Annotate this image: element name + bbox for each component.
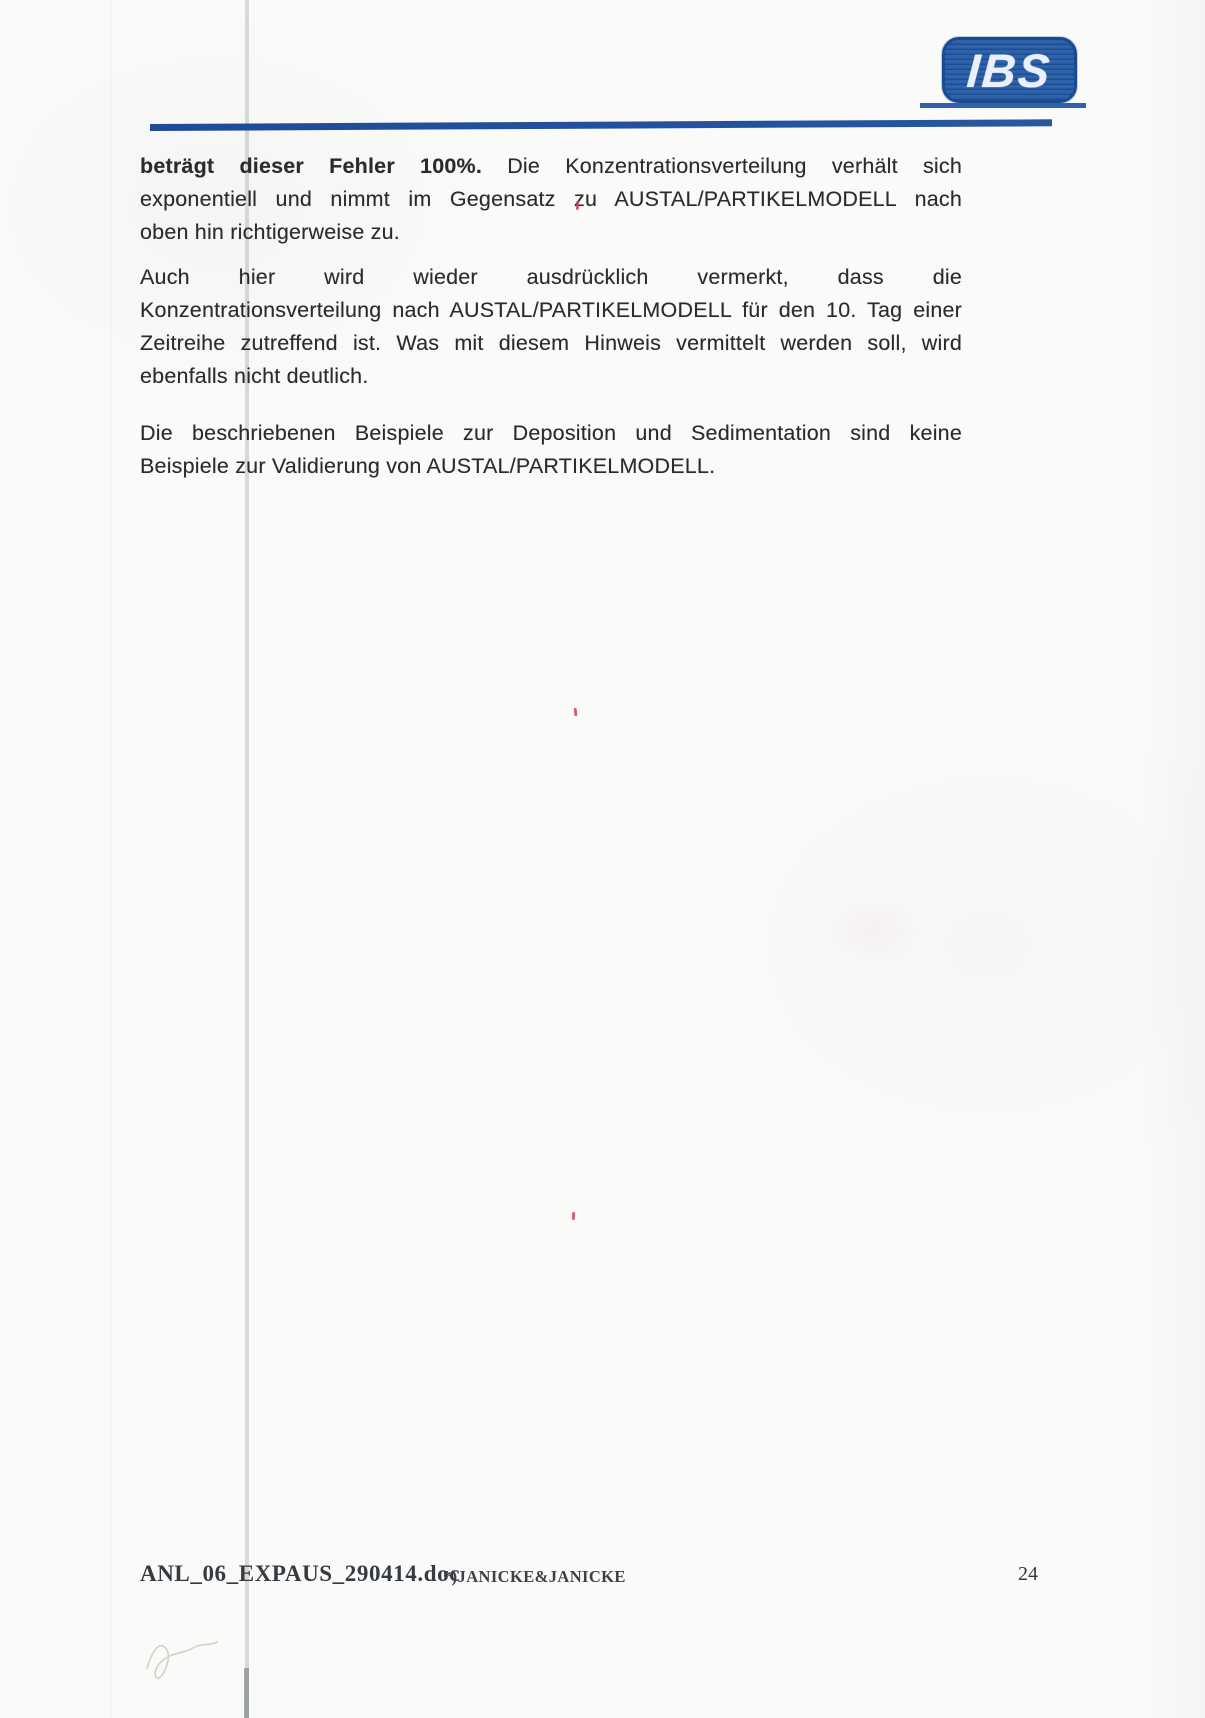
text-line: exponentiell und nimmt im Gegensatz zu A… [140, 183, 962, 216]
text-line: Zeitreihe zutreffend ist. Was mit diesem… [140, 327, 962, 360]
scanner-artifact-line [245, 0, 249, 1718]
text-line: Auch hier wird wieder ausdrücklich verme… [140, 261, 962, 294]
text-run: Die Konzentrationsverteilung verhält sic… [507, 154, 962, 178]
paragraph-2: Auch hier wird wieder ausdrücklich verme… [140, 261, 962, 393]
text-line: Die beschriebenen Beispiele zur Depositi… [140, 417, 962, 450]
red-speck-artifact [574, 708, 578, 716]
document-page: IBS beträgt dieser Fehler 100%. Die Konz… [0, 0, 1205, 1718]
paragraph-1: beträgt dieser Fehler 100%. Die Konzentr… [140, 150, 962, 249]
text-line: Beispiele zur Validierung von AUSTAL/PAR… [140, 450, 962, 483]
red-speck-artifact [572, 1212, 575, 1220]
logo-underline [920, 103, 1086, 108]
footer-reference: *)JANICKE&JANICKE [443, 1567, 626, 1587]
paragraph-3: Die beschriebenen Beispiele zur Depositi… [140, 417, 962, 483]
text-line: Konzentrationsverteilung nach AUSTAL/PAR… [140, 294, 962, 327]
ibs-logo-text: IBS [966, 47, 1054, 94]
ibs-logo-icon: IBS [942, 37, 1077, 103]
text-line: ebenfalls nicht deutlich. [140, 360, 962, 393]
bold-lead-text: beträgt dieser Fehler 100%. [140, 154, 482, 178]
footer-filename: ANL_06_EXPAUS_290414.doc [140, 1561, 460, 1587]
text-line: oben hin richtigerweise zu. [140, 216, 962, 249]
signature-mark [143, 1628, 253, 1680]
footer-page-number: 24 [1018, 1562, 1038, 1586]
text-line: beträgt dieser Fehler 100%. Die Konzentr… [140, 150, 962, 183]
red-speck-artifact [576, 201, 580, 210]
header-rule [150, 119, 1052, 131]
paper-fold-line [110, 0, 112, 1718]
